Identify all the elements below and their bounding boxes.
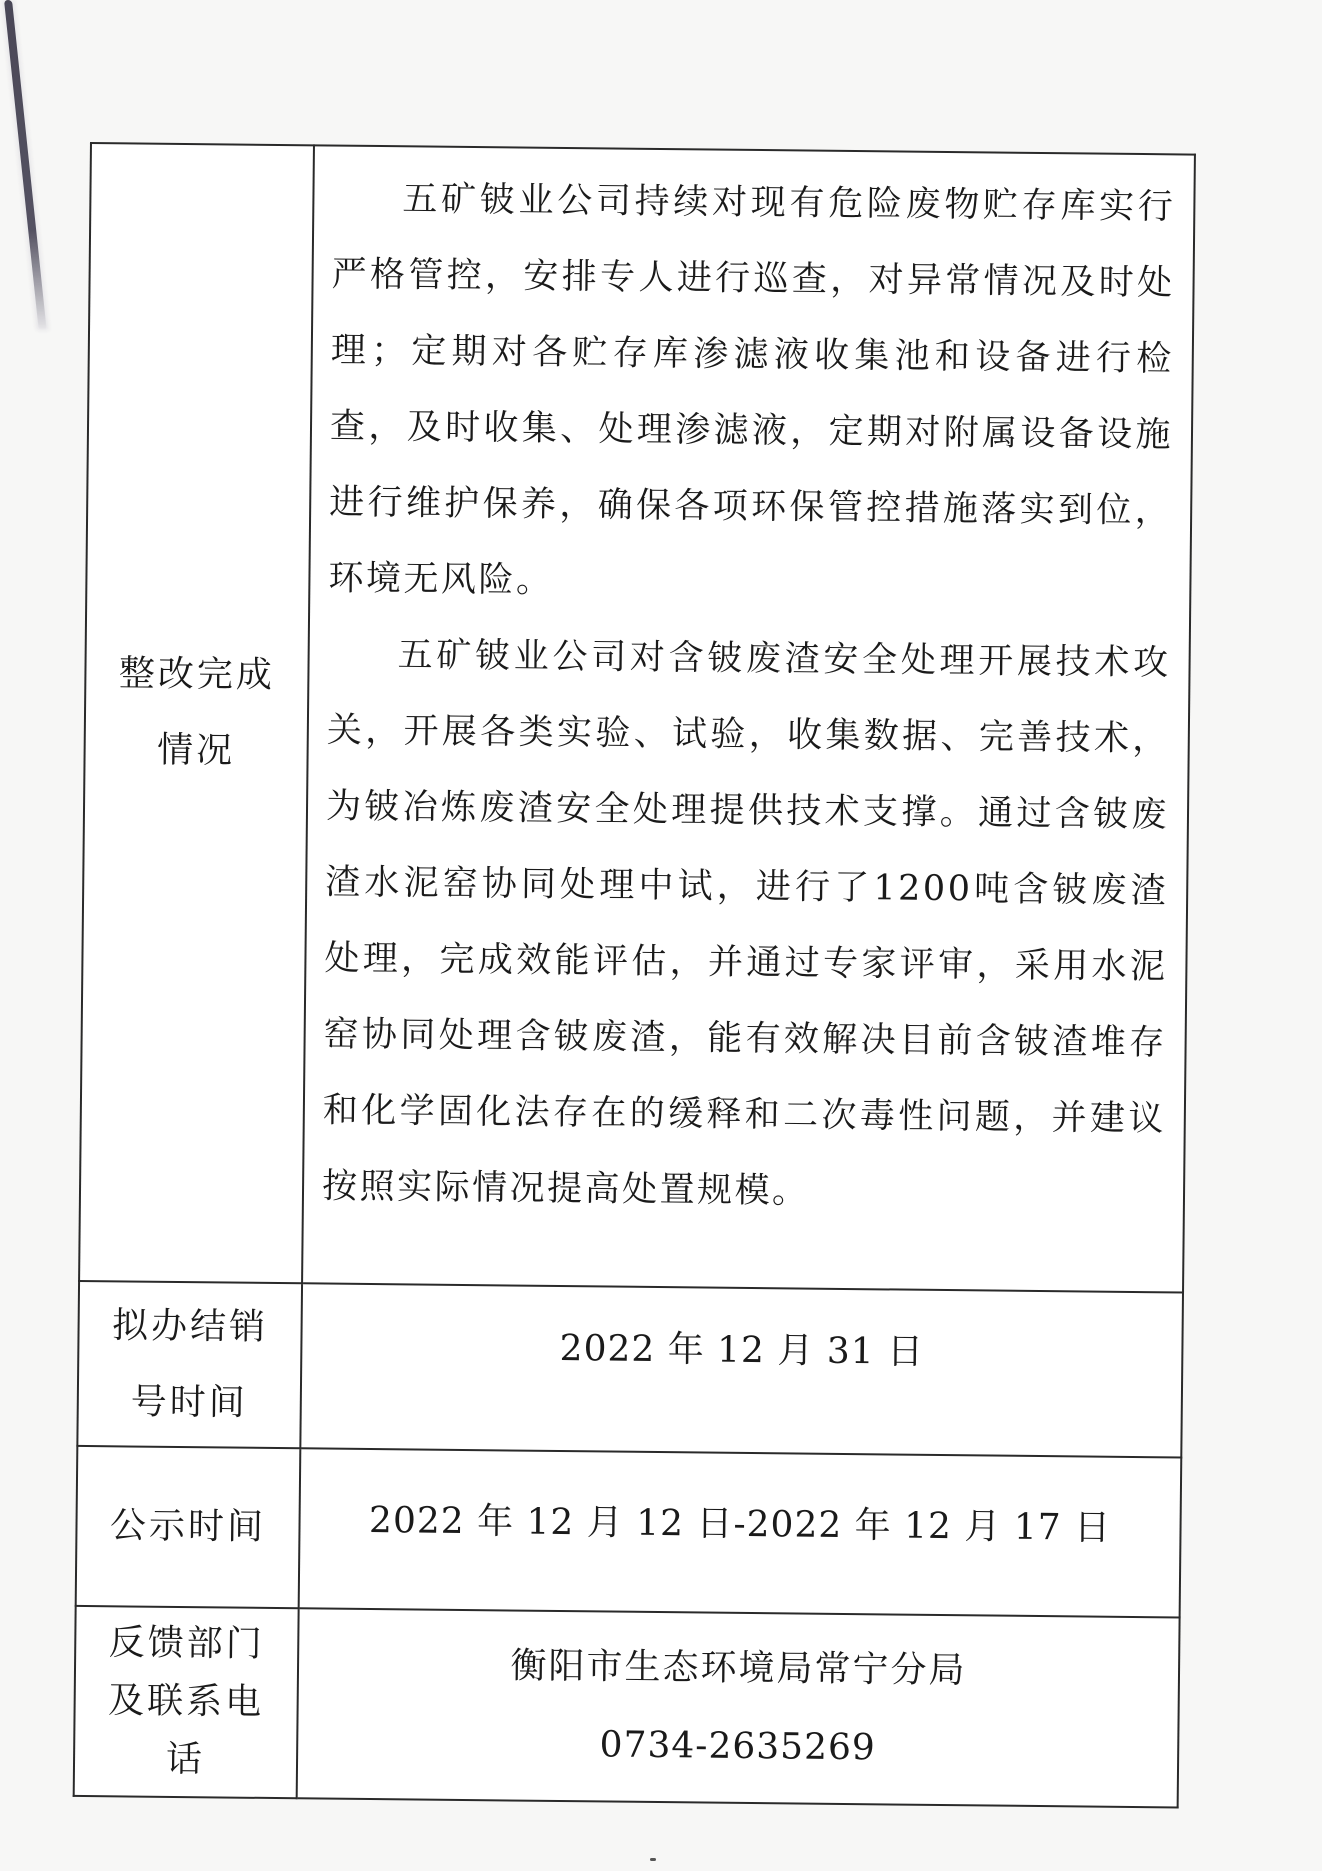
closing-date-value: 2022 年 12 月 31 日 (559, 1327, 924, 1372)
value-cell-feedback-contact: 衡阳市生态环境局常宁分局 0734-2635269 (297, 1608, 1180, 1807)
feedback-department: 衡阳市生态环境局常宁分局 (299, 1634, 1179, 1703)
scan-speck (650, 1858, 656, 1861)
rectification-table: 整改完成 情况 五矿铍业公司持续对现有危险废物贮存库实行严格管控，安排专人进行巡… (73, 142, 1196, 1808)
label-cell-closing-date: 拟办结销 号时间 (77, 1281, 302, 1448)
paragraph-storage-management: 五矿铍业公司持续对现有危险废物贮存库实行严格管控，安排专人进行巡查，对异常情况及… (310, 160, 1194, 625)
table-row-rectification-status: 整改完成 情况 五矿铍业公司持续对现有危险废物贮存库实行严格管控，安排专人进行巡… (79, 143, 1195, 1292)
table-row-publicity-period: 公示时间 2022 年 12 月 12 日-2022 年 12 月 17 日 (76, 1446, 1182, 1618)
value-cell-publicity-period: 2022 年 12 月 12 日-2022 年 12 月 17 日 (299, 1448, 1182, 1617)
value-cell-closing-date: 2022 年 12 月 31 日 (300, 1283, 1183, 1457)
table-row-feedback-contact: 反馈部门 及联系电 话 衡阳市生态环境局常宁分局 0734-2635269 (74, 1606, 1180, 1808)
label-line: 话 (75, 1730, 297, 1790)
label-line: 及联系电 (75, 1672, 297, 1732)
label-line: 反馈部门 (76, 1614, 298, 1674)
publicity-period-value: 2022 年 12 月 12 日-2022 年 12 月 17 日 (369, 1500, 1111, 1549)
label-line: 公示时间 (77, 1488, 299, 1566)
table-row-closing-date: 拟办结销 号时间 2022 年 12 月 31 日 (77, 1281, 1183, 1458)
label-cell-feedback-contact: 反馈部门 及联系电 话 (74, 1606, 299, 1798)
content-cell-rectification-status: 五矿铍业公司持续对现有危险废物贮存库实行严格管控，安排专人进行巡查，对异常情况及… (302, 145, 1195, 1292)
label-line: 号时间 (78, 1363, 300, 1441)
contact-phone-number: 0734-2635269 (298, 1712, 1178, 1781)
label-line: 整改完成 (86, 636, 308, 714)
label-cell-publicity-period: 公示时间 (76, 1446, 301, 1608)
label-line: 拟办结销 (79, 1287, 301, 1365)
label-line: 情况 (85, 712, 307, 790)
paragraph-waste-treatment: 五矿铍业公司对含铍废渣安全处理开展技术攻关，开展各类实验、试验，收集数据、完善技… (304, 616, 1189, 1233)
page-edge-shadow (4, 0, 47, 330)
label-cell-rectification-status: 整改完成 情况 (79, 143, 314, 1283)
